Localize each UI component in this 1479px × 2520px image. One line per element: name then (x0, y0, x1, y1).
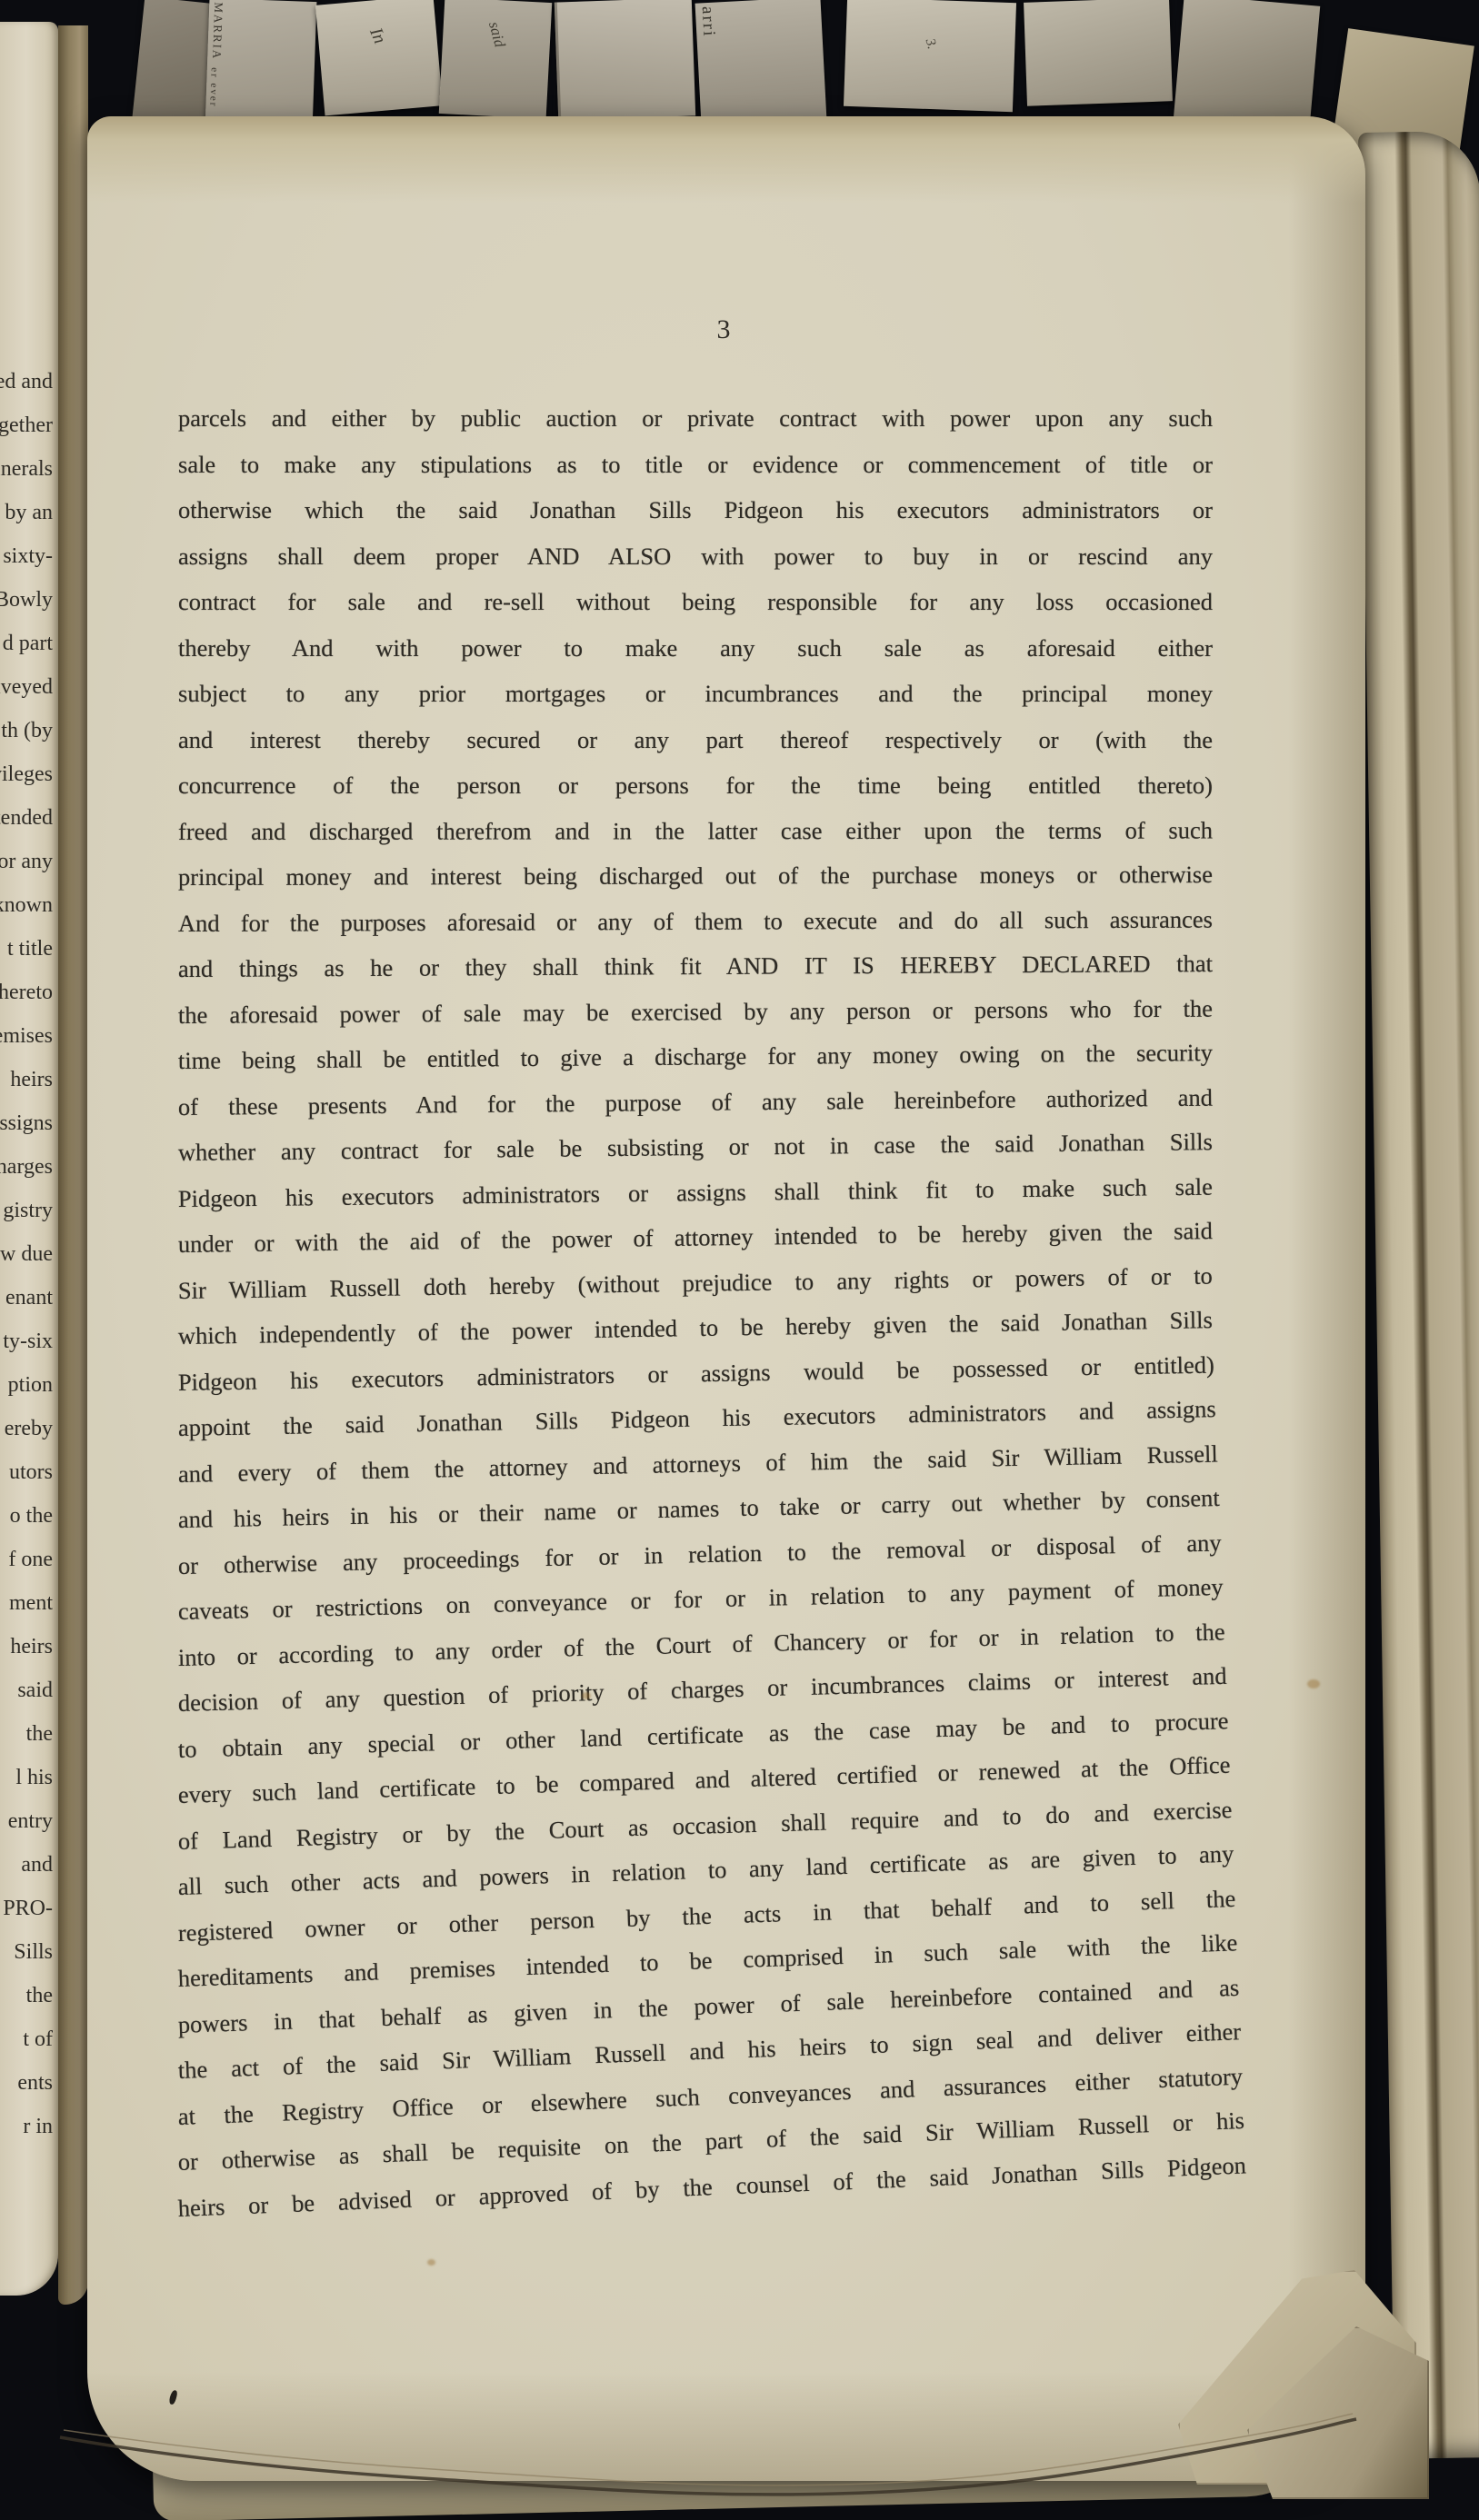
cutoff-word: heirs (0, 1058, 53, 1101)
document-page: 3 parcels and either by public auction o… (87, 116, 1365, 2481)
cutoff-word: ereby (0, 1407, 53, 1450)
cutoff-word: f one (0, 1538, 53, 1581)
body-text-line: and things as he or they shall think fit… (178, 941, 1213, 991)
paper-scrap (1024, 0, 1173, 106)
cutoff-word: known (0, 883, 53, 927)
book-gutter-shadow (58, 25, 88, 2305)
body-text-line: thereby And with power to make any such … (178, 625, 1213, 672)
paper-scrap: 3. (844, 0, 1016, 112)
body-text-line: assigns shall deem proper AND ALSO with … (178, 533, 1213, 580)
scrap-text: arri (695, 2, 721, 42)
cutoff-word: enant (0, 1276, 53, 1320)
page-number: 3 (542, 314, 905, 345)
cutoff-word: minerals (0, 447, 53, 491)
paper-scrap (555, 0, 695, 121)
cutoff-word: ed and (0, 360, 53, 403)
foxing-spot (427, 2259, 435, 2266)
page-bottom-edge-line (55, 2390, 1364, 2517)
cutoff-word: r in (0, 2105, 53, 2148)
body-text-line: otherwise which the said Jonathan Sills … (178, 487, 1213, 533)
book-fore-edge (1358, 131, 1479, 2459)
paper-scrap: In (315, 0, 443, 115)
cutoff-word: ment (0, 1581, 53, 1625)
cutoff-word: t of (0, 2017, 53, 2061)
body-text-line: parcels and either by public auction or … (178, 395, 1213, 442)
body-text: parcels and either by public auction or … (178, 395, 1247, 2231)
cutoff-word: by an (0, 491, 53, 534)
cutoff-word: heirs (0, 1625, 53, 1668)
body-text-line: and interest thereby secured or any part… (178, 717, 1213, 763)
cutoff-word: PRO- (0, 1887, 53, 1930)
scrap-text: said (474, 0, 519, 89)
cutoff-word: o the (0, 1494, 53, 1538)
body-text-line: sale to make any stipulations as to titl… (178, 442, 1213, 488)
foxing-spot (1307, 1679, 1320, 1688)
cutoff-word: d part (0, 622, 53, 665)
body-text-line: principal money and interest being disch… (178, 852, 1213, 900)
facing-page-sliver: ed andogethermineralsby ansixty-Bowlyd p… (0, 22, 58, 2296)
cutoff-word: th (by (0, 709, 53, 752)
cutoff-word: Bowly (0, 578, 53, 622)
cutoff-word: t title (0, 927, 53, 971)
body-text-line: freed and discharged therefrom and in th… (178, 807, 1213, 854)
cutoff-word: the (0, 1974, 53, 2017)
cutoff-word: utors (0, 1450, 53, 1494)
cutoff-word: l his (0, 1756, 53, 1799)
cutoff-word: harges (0, 1145, 53, 1189)
body-text-line: And for the purposes aforesaid or any of… (178, 896, 1213, 946)
cutoff-word: emises (0, 1014, 53, 1058)
paper-scrap: arri (695, 0, 827, 127)
cutoff-word: or any (0, 840, 53, 883)
scrap-text: In (345, 0, 410, 95)
body-text-line: contract for sale and re-sell without be… (178, 579, 1213, 625)
cutoff-word: the (0, 1712, 53, 1756)
cutoff-word: entry (0, 1799, 53, 1843)
scrap-text: MARRIA (207, 0, 228, 65)
paper-scrap: MARRIAer ever (205, 0, 317, 131)
foxing-spot (582, 1692, 591, 1699)
body-text-line: concurrence of the person or persons for… (178, 762, 1213, 809)
cutoff-word: hereto (0, 971, 53, 1014)
cutoff-word: vileges (0, 752, 53, 796)
cutoff-word: said (0, 1668, 53, 1712)
cutoff-word: nveyed (0, 665, 53, 709)
paper-scrap (132, 0, 217, 129)
cutoff-word: sixty- (0, 534, 53, 578)
facing-page-cutoff-words: ed andogethermineralsby ansixty-Bowlyd p… (0, 360, 53, 2148)
cutoff-word: ssigns (0, 1101, 53, 1145)
cutoff-word: and (0, 1843, 53, 1887)
cutoff-word: tended (0, 796, 53, 840)
cutoff-word: w due (0, 1232, 53, 1276)
cutoff-word: gistry (0, 1189, 53, 1232)
cutoff-word: ption (0, 1363, 53, 1407)
scrap-text: 3. (900, 0, 962, 127)
cutoff-word: ents (0, 2061, 53, 2105)
cutoff-word: ogether (0, 403, 53, 447)
cutoff-word: Sills (0, 1930, 53, 1974)
paper-scrap: said (439, 0, 553, 119)
body-text-line: the aforesaid power of sale may be exerc… (178, 985, 1213, 1038)
scrap-text: er ever (205, 64, 222, 112)
cutoff-word: ty-six (0, 1320, 53, 1363)
body-text-line: subject to any prior mortgages or incumb… (178, 671, 1213, 717)
